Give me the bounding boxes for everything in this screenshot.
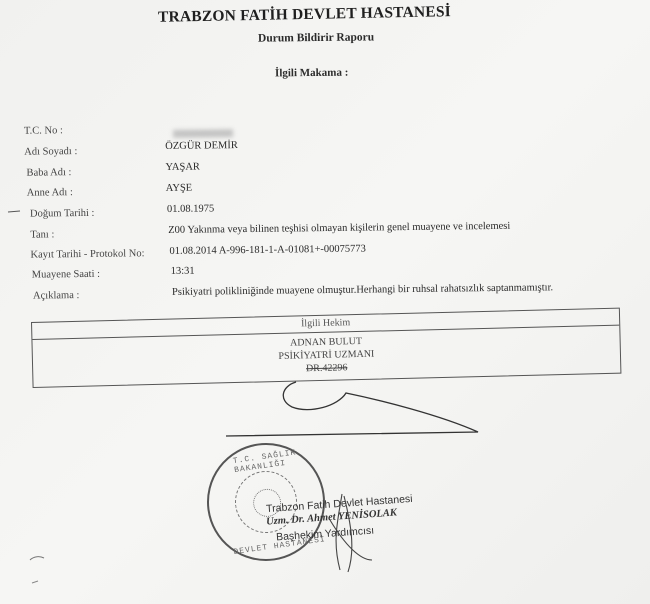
physician-registration: DR.42296: [306, 361, 348, 375]
field-label-birthdate: Doğum Tarihi :: [30, 208, 95, 220]
field-label-diagnosis: Tanı :: [30, 229, 54, 240]
field-value-protocol: 01.08.2014 A-996-181-1-A-01081+-00075773: [169, 244, 365, 257]
field-label-father: Baba Adı :: [26, 167, 71, 179]
field-value-exam-time: 13:31: [171, 266, 195, 277]
field-label-description: Açıklama :: [33, 290, 79, 302]
field-label-name: Adı Soyadı :: [24, 146, 77, 158]
field-value-birthdate: 01.08.1975: [167, 203, 214, 215]
field-label-protocol: Kayıt Tarihi - Protokol No:: [30, 248, 144, 260]
field-value-mother: AYŞE: [166, 183, 193, 194]
field-value-father: YAŞAR: [165, 162, 200, 173]
field-value-description: Psikiyatri polikliniğinde muayene olmuşt…: [172, 282, 553, 298]
scanned-document: TRABZON FATİH DEVLET HASTANESİ Durum Bil…: [0, 0, 650, 604]
field-value-diagnosis: Z00 Yakınma veya bilinen teşhisi olmayan…: [168, 221, 510, 236]
field-value-name: ÖZGÜR DEMİR: [165, 140, 238, 152]
stamp-outer-text: T.C. SAĞLIK BAKANLIĞI: [232, 446, 318, 476]
field-label-tc: T.C. No :: [24, 125, 63, 136]
field-label-mother: Anne Adı :: [27, 187, 73, 199]
field-label-exam-time: Muayene Saati :: [32, 269, 100, 281]
